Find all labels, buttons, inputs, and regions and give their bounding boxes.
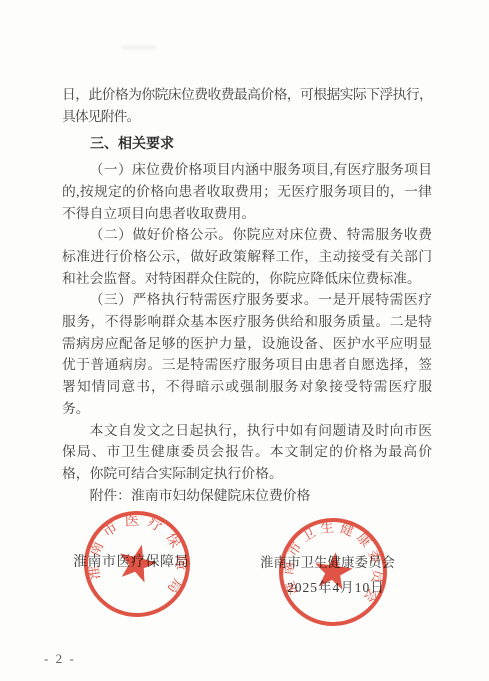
page-number: - 2 - xyxy=(44,651,76,667)
paragraph-item-3: （三）严格执行特需医疗服务要求。一是开展特需医疗服务，不得影响群众基本医疗服务供… xyxy=(62,289,432,419)
paragraph-item-1: （一）床位费价格项目内涵中服务项目,有医疗服务项目的,按规定的价格向患者收取费用… xyxy=(62,159,432,224)
section-heading: 三、相关要求 xyxy=(62,133,432,155)
paragraph-execution: 本文自发文之日起执行，执行中如有问题请及时向市医保局、市卫生健康委员会报告。本文… xyxy=(62,420,432,485)
scan-smudge xyxy=(122,46,156,49)
document-page: 日，此价格为你院床位费收费最高价格，可根据实际下浮执行，具体见附件。 三、相关要… xyxy=(0,0,489,681)
paragraph-item-2: （二）做好价格公示。你院应对床位费、特需服务收费标准进行价格公示，做好政策解释工… xyxy=(62,224,432,289)
official-seal-icon-health-commission: 淮南市卫生健康委员会 xyxy=(265,504,401,640)
document-body: 日，此价格为你院床位费收费最高价格，可根据实际下浮执行，具体见附件。 三、相关要… xyxy=(62,84,432,506)
official-seal-icon-medical-bureau: 淮南市医疗保障局 xyxy=(69,496,205,632)
paragraph-continuation: 日，此价格为你院床位费收费最高价格，可根据实际下浮执行，具体见附件。 xyxy=(62,84,432,127)
